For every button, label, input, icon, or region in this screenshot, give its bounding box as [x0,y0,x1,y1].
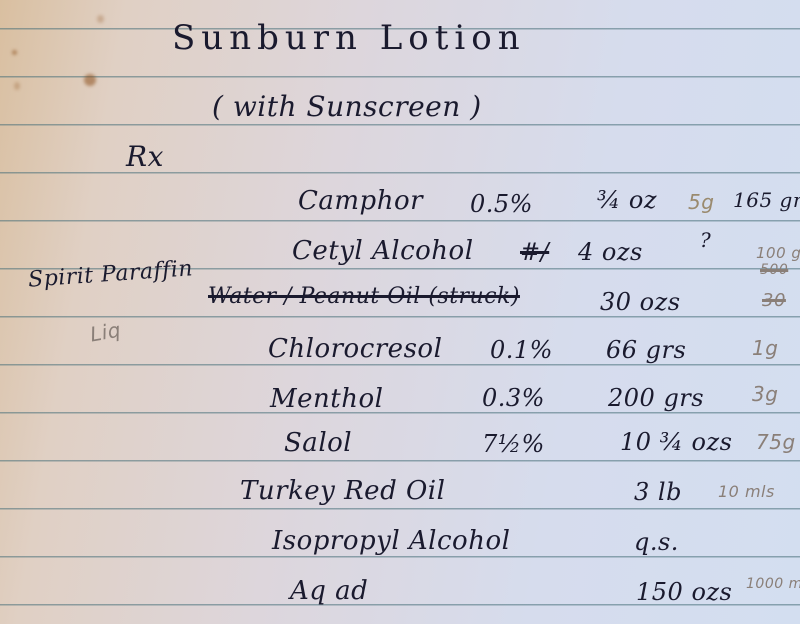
ingredient-name: Salol [284,428,352,458]
pencil-note-struck: 500 [760,262,788,278]
paper-stain [12,50,17,55]
pencil-note: 3g [752,382,778,406]
pencil-note: 75g [756,430,796,454]
ingredient-quantity: ¾ oz [597,186,657,214]
ingredient-quantity: 30 ozs [600,288,681,316]
pencil-note: 1000 ml [746,576,800,592]
ingredient-quantity: 200 grs [608,384,704,412]
page-subtitle: ( with Sunscreen ) [212,90,482,123]
pencil-note-struck: 30 [762,290,786,311]
pencil-note: 1g [752,336,778,360]
page-title: Sunburn Lotion [172,18,526,58]
ink-note: 165 gm [733,188,800,212]
ingredient-name: Chlorocresol [268,334,442,364]
ingredient-percent: 7½% [482,430,545,458]
ingredient-quantity: 4 ozs [578,238,643,266]
ingredient-percent: 0.5% [470,190,533,218]
ingredient-quantity: q.s. [634,528,679,556]
ingredient-name: Aq ad [290,576,368,606]
pencil-note: 5g [688,190,714,214]
ingredient-name: Isopropyl Alcohol [272,526,510,556]
paper-stain [97,15,104,23]
ingredient-quantity: 66 grs [606,336,686,364]
ingredient-quantity: 10 ¾ ozs [620,428,732,456]
ingredient-name: Menthol [270,384,383,414]
struck-quantity: #/ [520,238,549,266]
rx-symbol: Rx [126,140,164,173]
ingredient-name: Turkey Red Oil [240,476,445,506]
ingredient-quantity: 150 ozs [636,578,732,606]
ingredient-name: Camphor [298,186,423,216]
ingredient-percent: 0.1% [490,336,553,364]
paper-stain [84,74,96,86]
pencil-note: 100 gel [756,244,800,262]
ink-note: ? [700,228,711,252]
paper-stain [14,82,20,90]
ingredient-name-struck: Water / Peanut Oil (struck) [208,284,520,309]
ingredient-percent: 0.3% [482,384,545,412]
ingredient-quantity: 3 lb [634,478,682,506]
ingredient-name: Cetyl Alcohol [292,236,474,266]
pencil-note: 10 mls [718,482,775,501]
